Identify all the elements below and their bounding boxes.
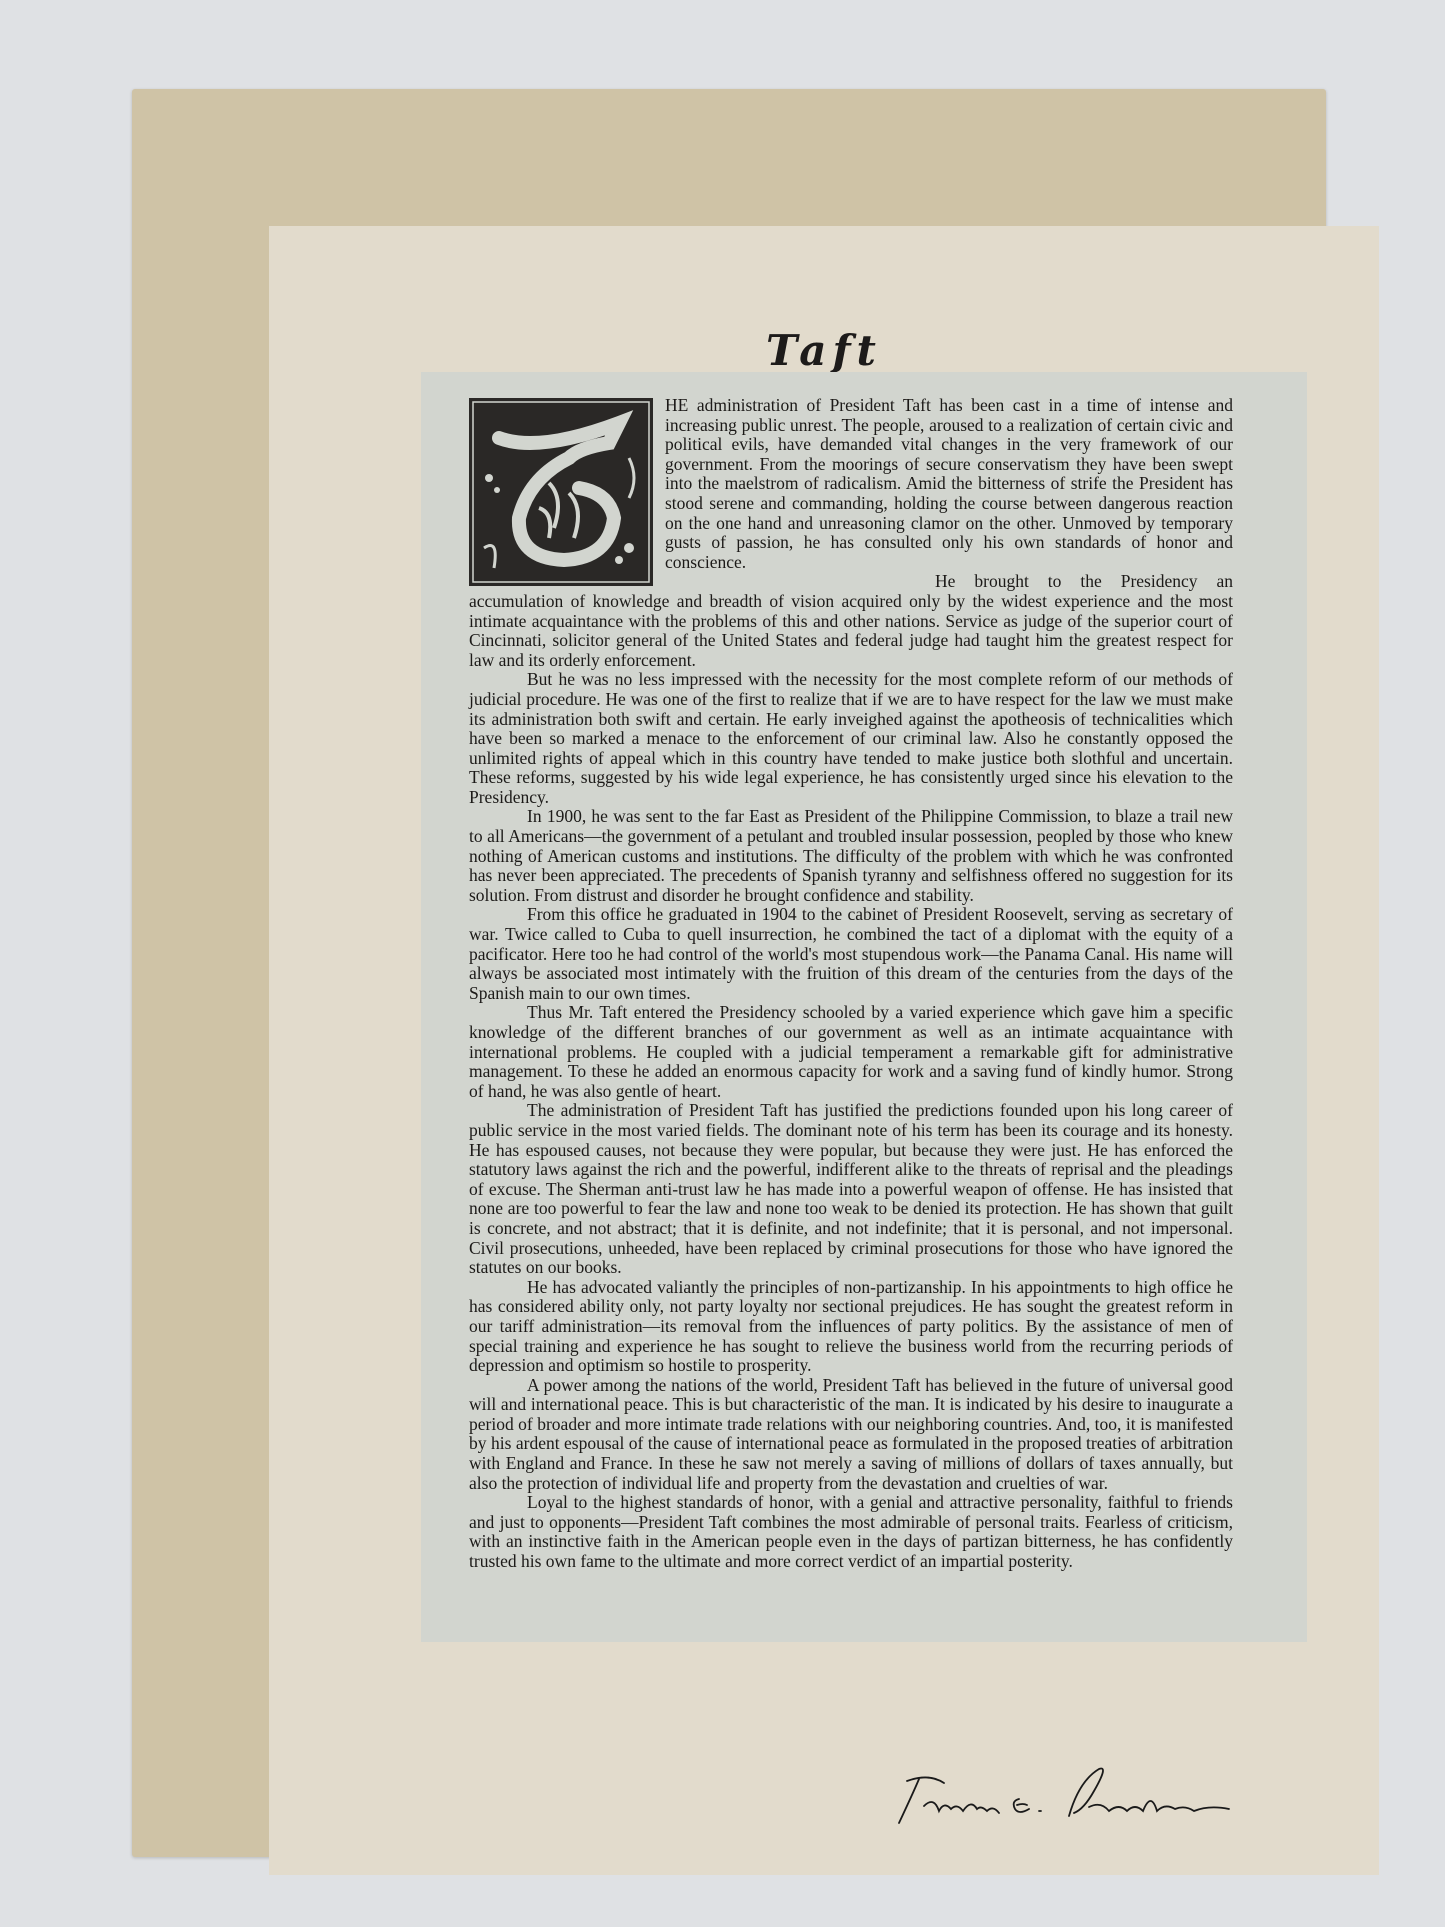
paragraph: But he was no less impressed with the ne…: [469, 670, 1233, 807]
mounting-board: Taft HE administration of President Taft…: [132, 89, 1326, 1857]
printed-sheet: Taft HE administration of President Taft…: [269, 226, 1379, 1875]
paragraph: The administration of President Taft has…: [469, 1101, 1233, 1277]
paragraph: In 1900, he was sent to the far East as …: [469, 807, 1233, 905]
signature: [889, 1761, 1249, 1831]
article-body: HE administration of President Taft has …: [469, 396, 1233, 1572]
paragraph: From this office he graduated in 1904 to…: [469, 905, 1233, 1003]
paragraph: Loyal to the highest standards of honor,…: [469, 1493, 1233, 1571]
handwritten-signature-icon: [889, 1761, 1249, 1831]
paragraph: A power among the nations of the world, …: [469, 1376, 1233, 1494]
paragraph: Thus Mr. Taft entered the Presidency sch…: [469, 1003, 1233, 1101]
paragraph: He brought to the Presidency an accumula…: [469, 572, 1233, 670]
ornamental-drop-cap-icon: [469, 398, 653, 586]
paragraph: He has advocated valiantly the principle…: [469, 1278, 1233, 1376]
page-title: Taft: [269, 326, 1379, 375]
